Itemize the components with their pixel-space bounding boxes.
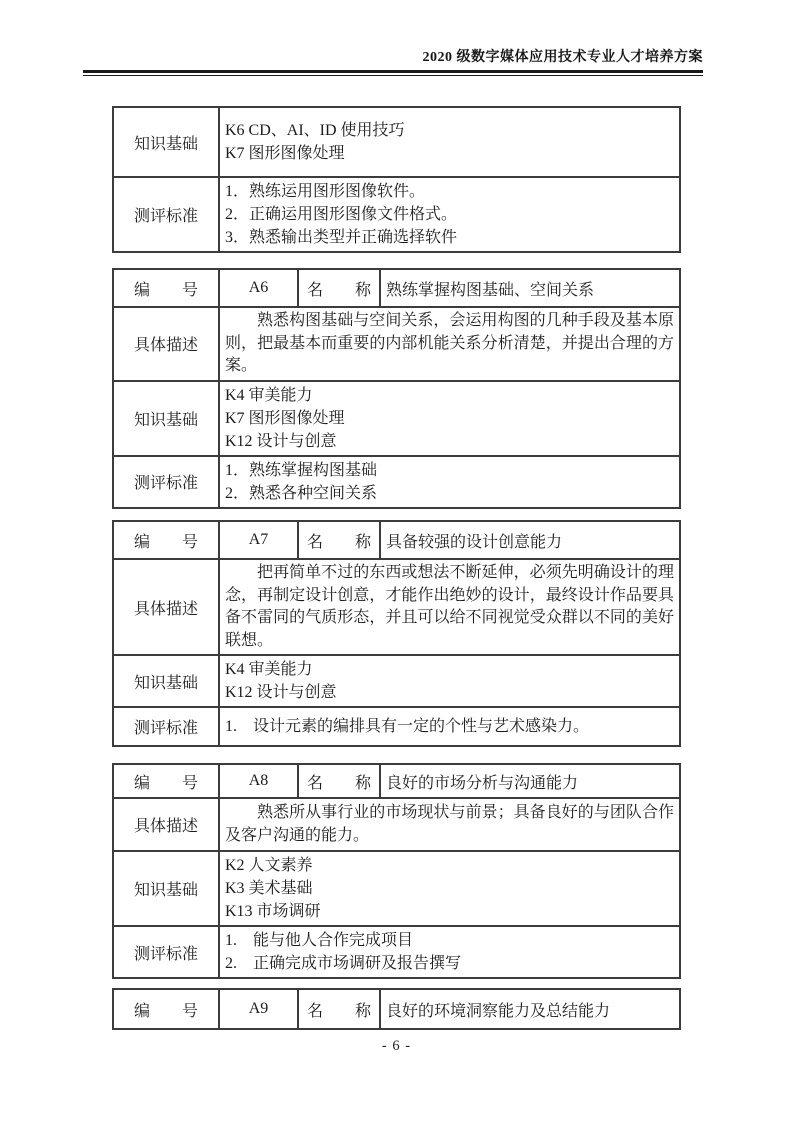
row-label-id: 编 号 [113, 521, 219, 559]
knowledge-line: K7 图形图像处理 [225, 407, 674, 430]
evaluation-line: 1. 设计元素的编排具有一定的个性与艺术感染力。 [225, 715, 674, 738]
evaluation-lines: 1．熟练掌握构图基础 2．熟悉各种空间关系 [219, 456, 680, 508]
evaluation-line: 2．熟悉各种空间关系 [225, 482, 674, 505]
description-row: 具体描述 把再简单不过的东西或想法不断延伸，必须先明确设计的理念，再制定设计创意… [113, 559, 680, 655]
evaluation-line: 2. 正确完成市场调研及报告撰写 [225, 952, 674, 975]
id-value: A8 [219, 764, 298, 798]
row-label-evaluation: 测评标准 [113, 177, 219, 252]
row-label-name: 名 称 [298, 764, 380, 798]
id-row: 编 号 A7 名 称 具备较强的设计创意能力 [113, 521, 680, 559]
description-row: 具体描述 熟悉构图基础与空间关系，会运用构图的几种手段及基本原则，把最基本而重要… [113, 307, 680, 381]
knowledge-line: K6 CD、AI、ID 使用技巧 [225, 119, 674, 142]
row-label-description: 具体描述 [113, 798, 219, 851]
evaluation-line: 2．正确运用图形图像文件格式。 [225, 203, 674, 226]
id-row: 编 号 A9 名 称 良好的环境洞察能力及总结能力 [113, 989, 680, 1029]
knowledge-line: K4 审美能力 [225, 658, 674, 681]
id-row: 编 号 A6 名 称 熟练掌握构图基础、空间关系 [113, 269, 680, 307]
knowledge-row: 知识基础 K4 审美能力 K12 设计与创意 [113, 655, 680, 707]
knowledge-line: K3 美术基础 [225, 877, 674, 900]
description-cell: 熟悉所从事行业的市场现状与前景；具备良好的与团队合作及客户沟通的能力。 [219, 798, 680, 851]
competency-table-a6: 编 号 A6 名 称 熟练掌握构图基础、空间关系 具体描述 熟悉构图基础与空间关… [112, 268, 681, 509]
description-text: 把再简单不过的东西或想法不断延伸，必须先明确设计的理念，再制定设计创意，才能作出… [225, 562, 674, 652]
evaluation-lines: 1．熟练运用图形图像软件。 2．正确运用图形图像文件格式。 3．熟悉输出类型并正… [219, 177, 680, 252]
competency-table-a9: 编 号 A9 名 称 良好的环境洞察能力及总结能力 [112, 988, 681, 1030]
row-label-name: 名 称 [298, 269, 380, 307]
description-cell: 把再简单不过的东西或想法不断延伸，必须先明确设计的理念，再制定设计创意，才能作出… [219, 559, 680, 655]
knowledge-line: K13 市场调研 [225, 900, 674, 923]
knowledge-line: K4 审美能力 [225, 384, 674, 407]
knowledge-row: 知识基础 K4 审美能力 K7 图形图像处理 K12 设计与创意 [113, 381, 680, 456]
knowledge-line: K12 设计与创意 [225, 430, 674, 453]
knowledge-row: 知识基础 K6 CD、AI、ID 使用技巧 K7 图形图像处理 [113, 107, 680, 177]
id-row: 编 号 A8 名 称 良好的市场分析与沟通能力 [113, 764, 680, 798]
description-text: 熟悉所从事行业的市场现状与前景；具备良好的与团队合作及客户沟通的能力。 [225, 802, 674, 847]
knowledge-lines: K4 审美能力 K7 图形图像处理 K12 设计与创意 [219, 381, 680, 456]
evaluation-line: 1. 能与他人合作完成项目 [225, 929, 674, 952]
row-label-name: 名 称 [298, 989, 380, 1029]
row-label-evaluation: 测评标准 [113, 456, 219, 508]
name-value: 具备较强的设计创意能力 [380, 521, 680, 559]
id-value: A7 [219, 521, 298, 559]
name-value: 熟练掌握构图基础、空间关系 [380, 269, 680, 307]
competency-table-a7: 编 号 A7 名 称 具备较强的设计创意能力 具体描述 把再简单不过的东西或想法… [112, 520, 681, 747]
row-label-description: 具体描述 [113, 307, 219, 381]
evaluation-line: 1．熟练运用图形图像软件。 [225, 180, 674, 203]
description-text: 熟悉构图基础与空间关系，会运用构图的几种手段及基本原则，把最基本而重要的内部机能… [225, 310, 674, 378]
row-label-id: 编 号 [113, 269, 219, 307]
description-row: 具体描述 熟悉所从事行业的市场现状与前景；具备良好的与团队合作及客户沟通的能力。 [113, 798, 680, 851]
competency-table-a8: 编 号 A8 名 称 良好的市场分析与沟通能力 具体描述 熟悉所从事行业的市场现… [112, 763, 681, 979]
id-value: A9 [219, 989, 298, 1029]
knowledge-line: K7 图形图像处理 [225, 142, 674, 165]
name-value: 良好的环境洞察能力及总结能力 [380, 989, 680, 1029]
knowledge-line: K12 设计与创意 [225, 681, 674, 704]
evaluation-line: 1．熟练掌握构图基础 [225, 459, 674, 482]
row-label-evaluation: 测评标准 [113, 926, 219, 978]
evaluation-row: 测评标准 1．熟练掌握构图基础 2．熟悉各种空间关系 [113, 456, 680, 508]
knowledge-line: K2 人文素养 [225, 854, 674, 877]
evaluation-row: 测评标准 1．熟练运用图形图像软件。 2．正确运用图形图像文件格式。 3．熟悉输… [113, 177, 680, 252]
description-cell: 熟悉构图基础与空间关系，会运用构图的几种手段及基本原则，把最基本而重要的内部机能… [219, 307, 680, 381]
knowledge-lines: K4 审美能力 K12 设计与创意 [219, 655, 680, 707]
page-number: - 6 - [0, 1038, 793, 1055]
evaluation-lines: 1. 设计元素的编排具有一定的个性与艺术感染力。 [219, 707, 680, 746]
name-value: 良好的市场分析与沟通能力 [380, 764, 680, 798]
id-value: A6 [219, 269, 298, 307]
row-label-description: 具体描述 [113, 559, 219, 655]
evaluation-row: 测评标准 1. 设计元素的编排具有一定的个性与艺术感染力。 [113, 707, 680, 746]
row-label-knowledge: 知识基础 [113, 107, 219, 177]
row-label-evaluation: 测评标准 [113, 707, 219, 746]
evaluation-line: 3．熟悉输出类型并正确选择软件 [225, 226, 674, 249]
knowledge-row: 知识基础 K2 人文素养 K3 美术基础 K13 市场调研 [113, 851, 680, 926]
row-label-id: 编 号 [113, 989, 219, 1029]
row-label-name: 名 称 [298, 521, 380, 559]
row-label-knowledge: 知识基础 [113, 381, 219, 456]
knowledge-lines: K6 CD、AI、ID 使用技巧 K7 图形图像处理 [219, 107, 680, 177]
row-label-id: 编 号 [113, 764, 219, 798]
evaluation-lines: 1. 能与他人合作完成项目 2. 正确完成市场调研及报告撰写 [219, 926, 680, 978]
competency-table-continued: 知识基础 K6 CD、AI、ID 使用技巧 K7 图形图像处理 测评标准 1．熟… [112, 106, 681, 253]
row-label-knowledge: 知识基础 [113, 851, 219, 926]
header-rule [83, 70, 703, 76]
document-page: 2020 级数字媒体应用技术专业人才培养方案 知识基础 K6 CD、AI、ID … [0, 0, 793, 1122]
evaluation-row: 测评标准 1. 能与他人合作完成项目 2. 正确完成市场调研及报告撰写 [113, 926, 680, 978]
header-title: 2020 级数字媒体应用技术专业人才培养方案 [83, 46, 703, 66]
row-label-knowledge: 知识基础 [113, 655, 219, 707]
knowledge-lines: K2 人文素养 K3 美术基础 K13 市场调研 [219, 851, 680, 926]
